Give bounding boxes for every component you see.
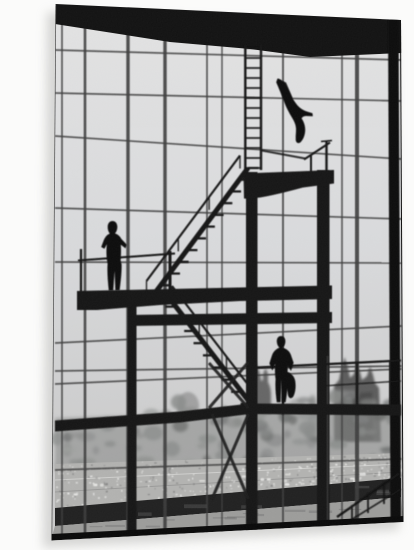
film-grain — [48, 0, 408, 550]
photo-page — [0, 0, 414, 550]
photograph — [0, 0, 414, 550]
